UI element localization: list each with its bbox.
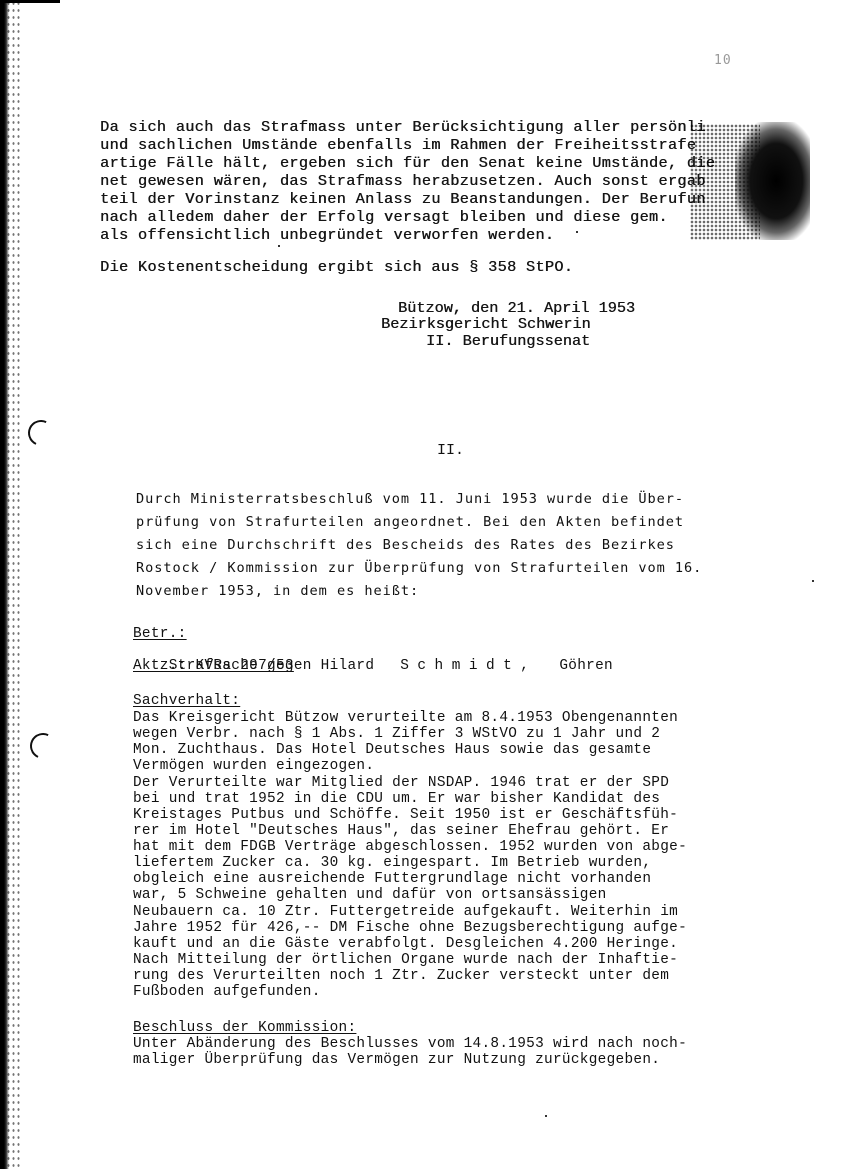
betr-label: Betr.:	[133, 627, 187, 643]
text-line: Vermögen wurden eingezogen.	[133, 759, 374, 775]
defendant-surname: Schmidt,	[400, 658, 537, 674]
punch-hole-icon	[24, 416, 57, 449]
costs-decision-line: Die Kostenentscheidung ergibt sich aus §…	[100, 258, 573, 276]
text-line: Kreistages Putbus und Schöffe. Seit 1950…	[133, 808, 678, 824]
text-line: obgleich eine ausreichende Futtergrundla…	[133, 872, 651, 888]
text-line: November 1953, in dem es heißt:	[136, 580, 419, 603]
text-line: Fußboden aufgefunden.	[133, 985, 321, 1001]
defendant-town: Göhren	[559, 658, 613, 674]
text-line: teil der Vorinstanz keinen Anlass zu Bea…	[100, 190, 706, 208]
text-line: und sachlichen Umstände ebenfalls im Rah…	[100, 136, 696, 154]
text-line: maliger Überprüfung das Vermögen zur Nut…	[133, 1053, 660, 1069]
file-reference: Aktz.: KVRs 297/53	[133, 659, 294, 675]
text-line: war, 5 Schweine gehalten und dafür von o…	[133, 888, 607, 904]
document-page: 10 Da sich auch das Strafmass unter Berü…	[0, 0, 850, 1169]
text-line: artige Fälle hält, ergeben sich für den …	[100, 154, 715, 172]
text-line: kauft und an die Gäste verabfolgt. Desgl…	[133, 937, 678, 953]
text-line: liefertem Zucker ca. 30 kg. eingespart. …	[133, 856, 651, 872]
text-line: als offensichtlich unbegründet verworfen…	[100, 226, 554, 244]
page-number: 10	[714, 53, 732, 68]
text-line: Unter Abänderung des Beschlusses vom 14.…	[133, 1037, 687, 1053]
scan-speck	[812, 580, 814, 582]
ink-smudge	[735, 122, 810, 240]
text-line: wegen Verbr. nach § 1 Abs. 1 Ziffer 3 WS…	[133, 727, 660, 743]
text-line: Mon. Zuchthaus. Das Hotel Deutsches Haus…	[133, 743, 651, 759]
text-line: net gewesen wären, das Strafmass herabzu…	[100, 172, 706, 190]
text-line: rung des Verurteilten noch 1 Ztr. Zucker…	[133, 969, 669, 985]
punch-hole-icon	[26, 729, 59, 762]
scan-speck	[278, 245, 280, 247]
sachverhalt-label: Sachverhalt:	[133, 694, 240, 710]
text-line: bei und trat 1952 in die CDU um. Er war …	[133, 792, 660, 808]
beschluss-label: Beschluss der Kommission:	[133, 1021, 356, 1037]
text-line: Durch Ministerratsbeschluß vom 11. Juni …	[136, 488, 684, 511]
senate-name: II. Berufungssenat	[426, 333, 590, 350]
scan-speck	[576, 231, 578, 233]
text-line: Neubauern ca. 10 Ztr. Futtergetreide auf…	[133, 905, 678, 921]
scan-speck	[545, 1115, 547, 1117]
scan-edge-speckle	[6, 0, 20, 1169]
text-line: hat mit dem FDGB Verträge abgeschlossen.…	[133, 840, 687, 856]
text-line: rer im Hotel "Deutsches Haus", das seine…	[133, 824, 669, 840]
text-line: Jahre 1952 für 426,-- DM Fische ohne Bez…	[133, 921, 687, 937]
text-line: Nach Mitteilung der örtlichen Organe wur…	[133, 953, 678, 969]
text-line: sich eine Durchschrift des Bescheids des…	[136, 534, 675, 557]
court-name: Bezirksgericht Schwerin	[381, 316, 591, 333]
text-line: nach alledem daher der Erfolg versagt bl…	[100, 208, 668, 226]
section-heading: II.	[437, 442, 464, 459]
text-line: Da sich auch das Strafmass unter Berücks…	[100, 118, 706, 136]
scan-top-edge	[0, 0, 60, 3]
text-line: prüfung von Strafurteilen angeordnet. Be…	[136, 511, 684, 534]
text-line: Rostock / Kommission zur Überprüfung von…	[136, 557, 702, 580]
text-line: Der Verurteilte war Mitglied der NSDAP. …	[133, 776, 669, 792]
text-line: Das Kreisgericht Bützow verurteilte am 8…	[133, 711, 678, 727]
